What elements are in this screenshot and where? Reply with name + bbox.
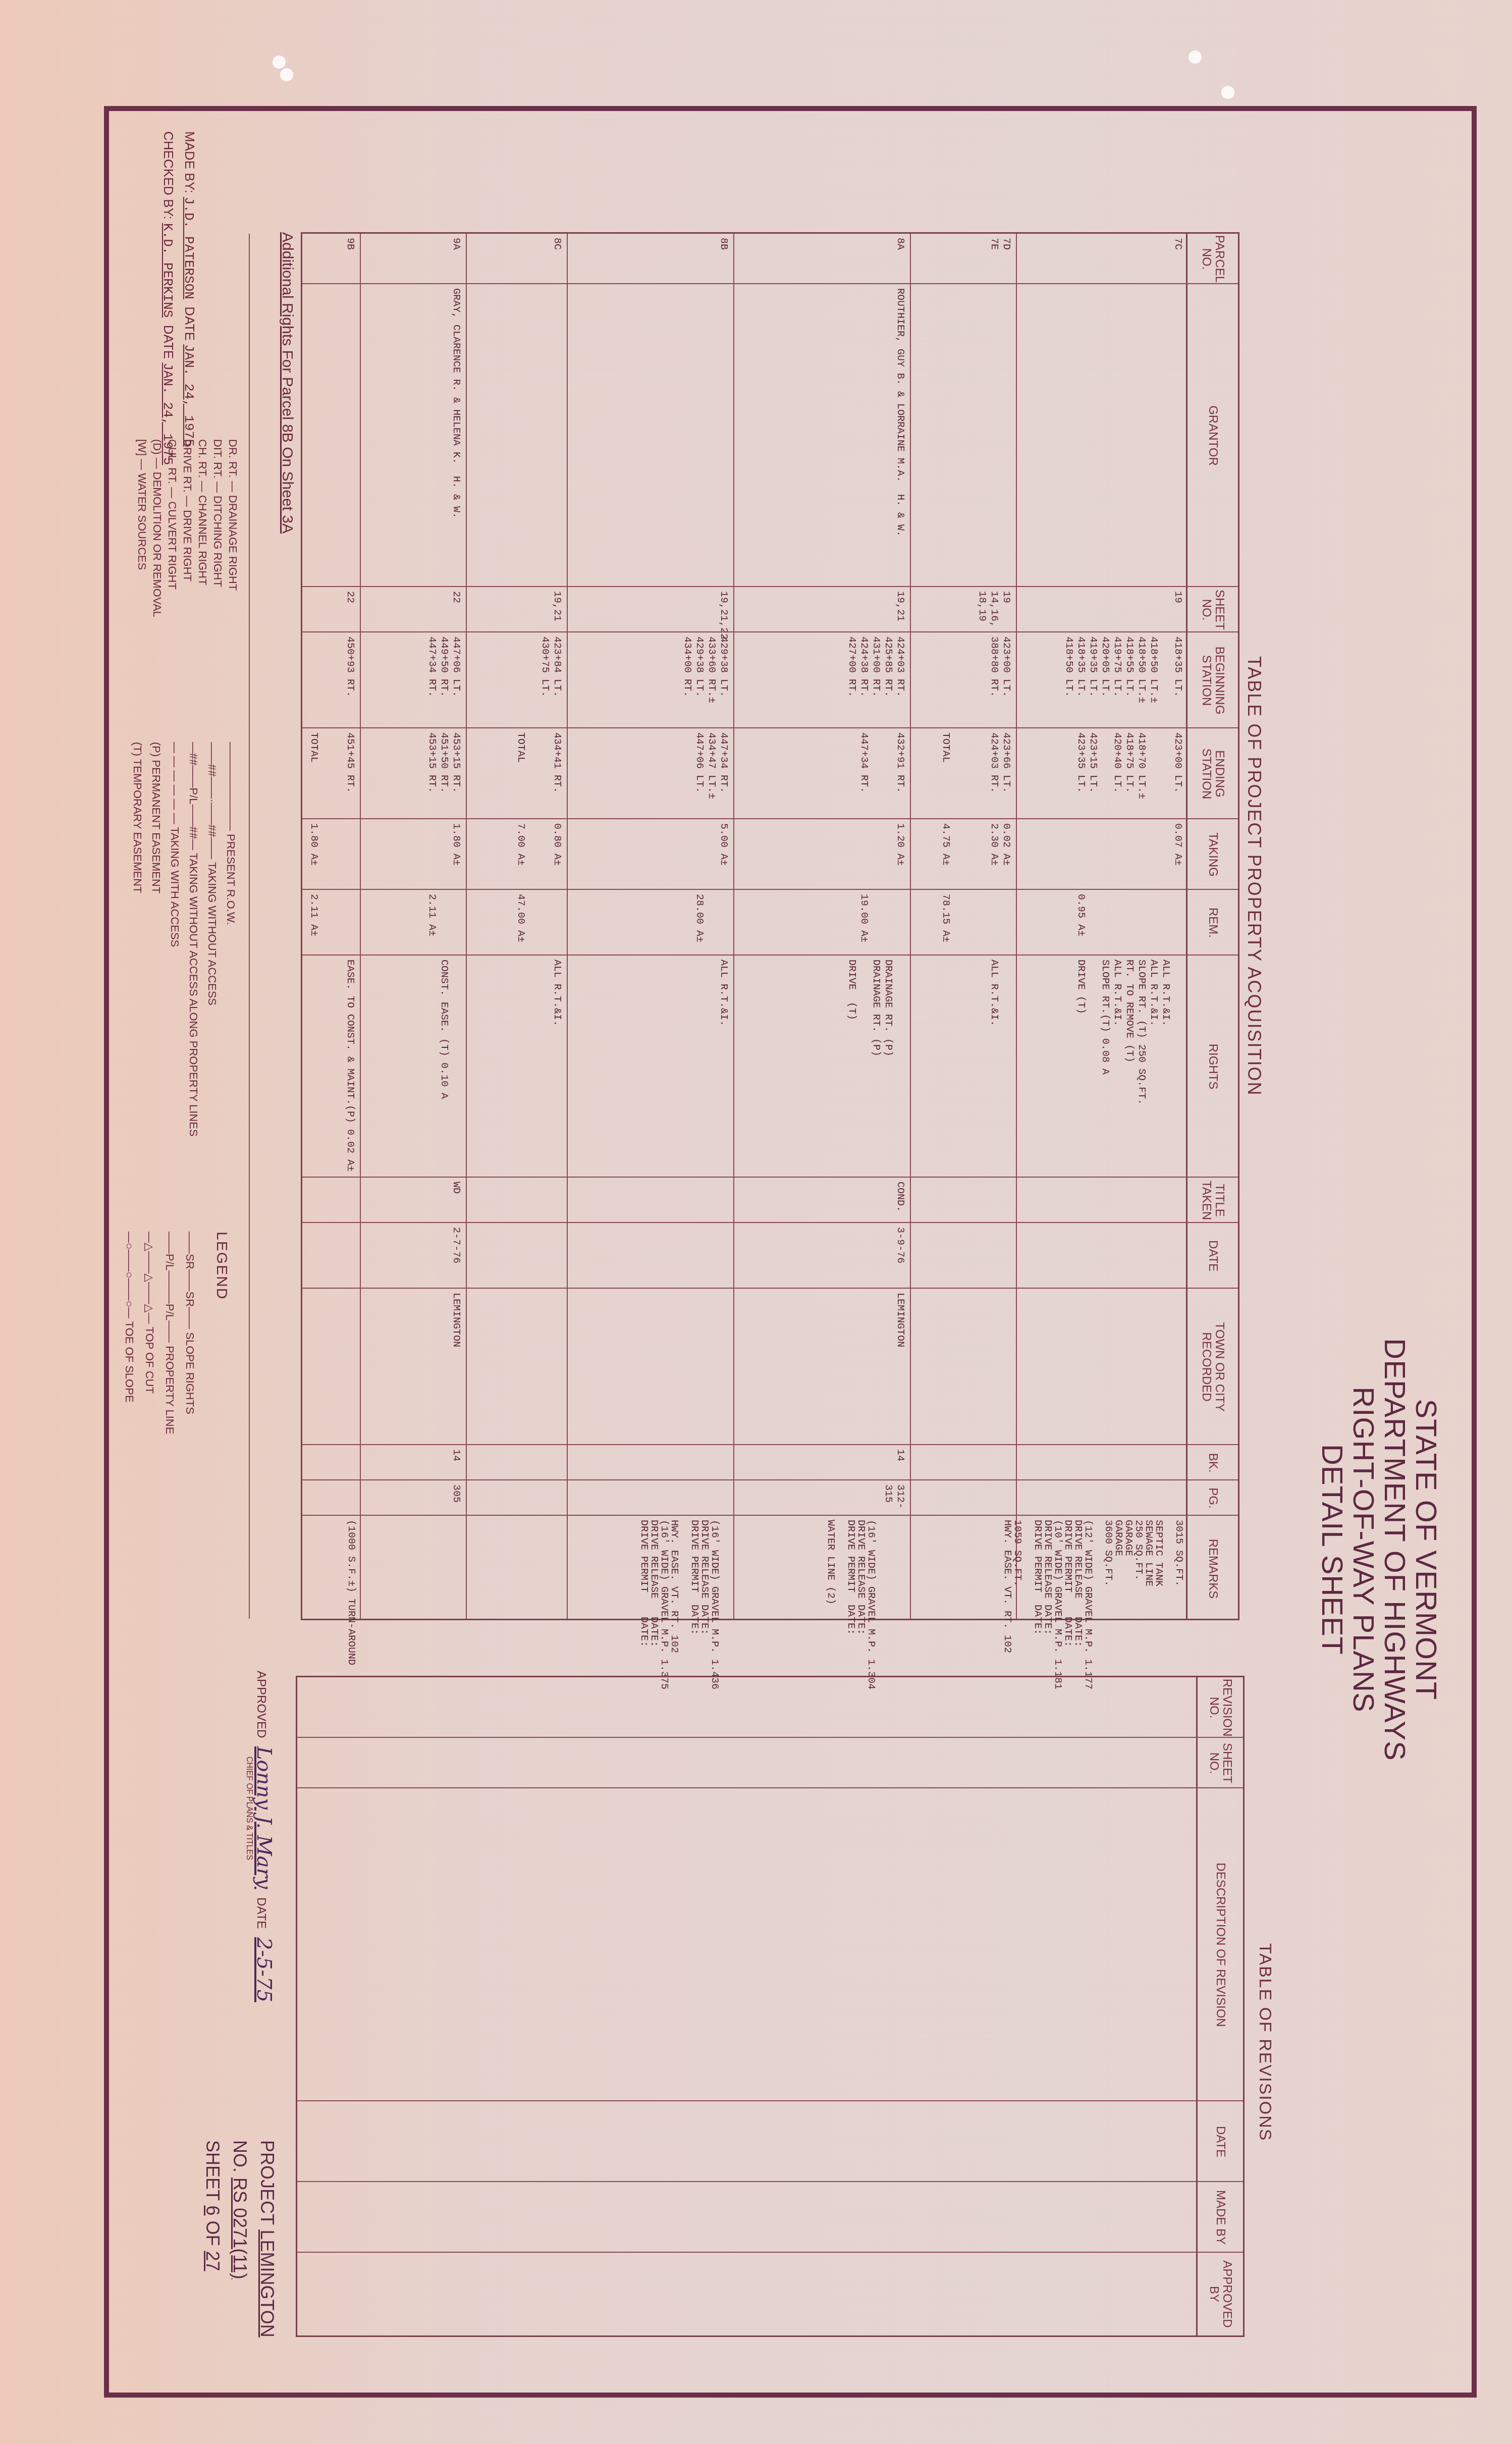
checked-by-label: CHECKED BY: (161, 131, 176, 220)
legend-left: ———————— PRESENT R.O.W. ——##——·——##—— TA… (128, 742, 240, 1137)
legend-item: ——##——·——##—— TAKING WITHOUT ACCESS (203, 742, 222, 1137)
legend-item: —##——P/L——##— TAKING WITHOUT ACCESS ALON… (184, 742, 203, 1137)
project-label: PROJECT (257, 2140, 278, 2224)
abbreviation-item: DRIVE RT. — DRIVE RIGHT (180, 439, 195, 617)
column-divider (297, 2182, 1243, 2253)
revisions-table: REVISION NO.SHEET NO.DESCRIPTION OF REVI… (296, 1676, 1245, 2337)
legend-item: ——P/L———P/L—— PROPERTY LINE (159, 1232, 180, 1434)
project-name: LEMINGTON (257, 2229, 278, 2337)
column-divider (302, 284, 1238, 587)
water-source-icon-item: [W] — WATER SOURCES (134, 439, 149, 617)
legend-item: ——SR——SR—— SLOPE RIGHTS (180, 1232, 200, 1434)
column-divider (302, 632, 1238, 728)
column-divider (302, 728, 1238, 819)
legend-item: ———————— PRESENT R.O.W. (222, 742, 240, 1137)
column-divider (297, 2101, 1243, 2182)
row-detail-sheet: STATE OF VERMONT DEPARTMENT OF HIGHWAYS … (0, 0, 1512, 2444)
title-line: DEPARTMENT OF HIGHWAYS (1379, 1322, 1410, 1777)
column-divider (302, 587, 1238, 632)
made-date-label: DATE (182, 306, 197, 340)
cell-remarks: (16' WIDE) GRAVEL M.P. 1.304 DRIVE RELEA… (825, 1520, 906, 1689)
legend-item: (P) PERMANENT EASEMENT (147, 742, 166, 1137)
approval-signature: Lonny J. Mary (252, 1746, 276, 1889)
signoff-block: MADE BY: J.D. PATERSON DATE JAN. 24, 197… (157, 131, 200, 465)
cell-remarks: 3015 SQ.FT. SEPTIC TANK SEWAGE LINE 250 … (1002, 1520, 1183, 1689)
col-header-remarks: REMARKS (1187, 1516, 1238, 1622)
abbreviation-item: DR. RT. — DRAINAGE RIGHT (225, 439, 240, 617)
column-divider (302, 1178, 1238, 1223)
cell-remarks: (16' WIDE) GRAVEL M.P. 1.436 DRIVE RELEA… (638, 1520, 729, 1689)
cell-remarks: (1000 S.F.±) TURN-AROUND (346, 1520, 356, 1665)
approval-block: APPROVED Lonny J. Mary DATE 2-5-75 CHIEF… (252, 1671, 276, 2007)
made-by-value: J.D. PATERSON (181, 197, 196, 299)
abbreviation-item: DIT. RT. — DITCHING RIGHT (210, 439, 225, 617)
abbreviation-item: CH. RT. — CHANNEL RIGHT (195, 439, 210, 617)
legend-item: —○——○——○— TOE OF SLOPE (119, 1232, 139, 1434)
additional-rights-note: Additional Rights For Parcel 8B On Sheet… (279, 232, 296, 534)
column-divider (297, 1677, 1243, 1738)
column-divider (297, 1738, 1243, 1788)
column-divider (302, 955, 1238, 1178)
checked-by-value: K.D. PERKINS (160, 223, 175, 317)
made-date-value: JAN. 24, 1975 (181, 344, 196, 447)
column-divider (302, 1445, 1238, 1480)
rev-col-header-approved-by: APPROVED BY (1198, 2253, 1243, 2335)
sheet-number: 6 (202, 2205, 223, 2215)
column-divider (302, 1223, 1238, 1289)
legend-item: —△——△——△— TOP OF CUT (139, 1232, 159, 1434)
title-line: STATE OF VERMONT (1410, 1322, 1441, 1777)
legend-title: LEGEND (213, 1232, 230, 1300)
title-line: RIGHT-OF-WAY PLANS (1347, 1322, 1379, 1777)
approval-date-label: DATE (254, 1897, 268, 1929)
column-divider (302, 819, 1238, 890)
project-no-label: NO. (230, 2140, 250, 2172)
column-divider (302, 890, 1238, 955)
sheet-label: SHEET (202, 2140, 223, 2200)
legend-item: — — — — — — TAKING WITH ACCESS (166, 742, 184, 1137)
sheet-title: STATE OF VERMONT DEPARTMENT OF HIGHWAYS … (1316, 1322, 1441, 1777)
approved-label: APPROVED (254, 1671, 268, 1738)
column-divider (302, 1480, 1238, 1516)
approval-date: 2-5-75 (252, 1937, 276, 2002)
abbreviation-list: DR. RT. — DRAINAGE RIGHT DIT. RT. — DITC… (134, 439, 240, 617)
sheet-total: 27 (202, 2251, 223, 2271)
approval-subtitle: CHIEF OF PLANS & TITLES (244, 1757, 253, 1860)
revisions-table-title: TABLE OF REVISIONS (1255, 1943, 1275, 2141)
demolition-icon-item: (D) — DEMOLITION OR REMOVAL (149, 439, 165, 617)
column-divider (302, 1289, 1238, 1445)
column-divider (302, 234, 1238, 284)
legend-item: (T) TEMPORARY EASEMENT (128, 742, 147, 1137)
legend-right: ——SR——SR—— SLOPE RIGHTS ——P/L———P/L—— PR… (119, 1232, 200, 1434)
acquisition-table-title: TABLE OF PROJECT PROPERTY ACQUISITION (1244, 656, 1265, 1096)
project-block: PROJECT LEMINGTON NO. RS 0271(11) SHEET … (199, 2140, 281, 2337)
column-divider (297, 1788, 1243, 2101)
project-no: RS 0271(11) (230, 2177, 250, 2279)
abbreviation-item: CUL. RT. — CULVERT RIGHT (165, 439, 180, 617)
made-by-label: MADE BY: (182, 131, 197, 193)
acquisition-table: PARCEL NO.GRANTORSHEET NO.BEGINNING STAT… (301, 232, 1239, 1620)
of-label: OF (202, 2220, 223, 2246)
title-line: DETAIL SHEET (1316, 1322, 1347, 1777)
checked-date-label: DATE (161, 325, 176, 359)
